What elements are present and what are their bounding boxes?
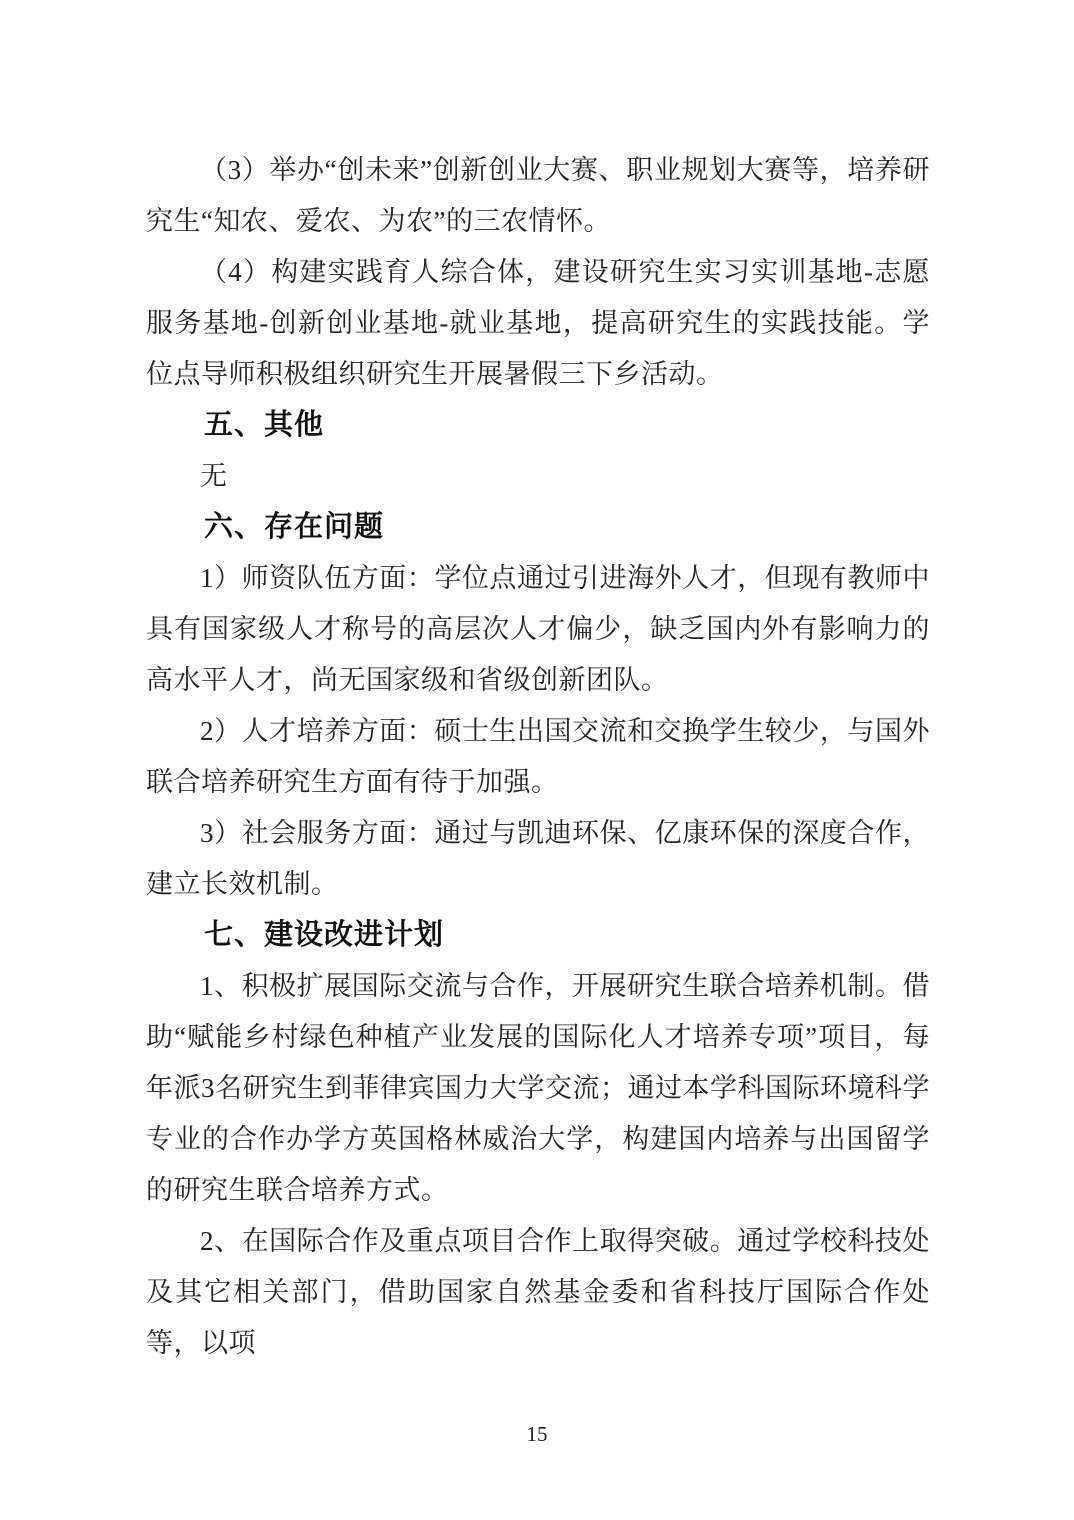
paragraph-none: 无 [146,451,930,502]
problem-item-3-service: 3）社会服务方面：通过与凯迪环保、亿康环保的深度合作，建立长效机制。 [146,808,930,910]
paragraph-item-4: （4）构建实践育人综合体，建设研究生实习实训基地-志愿服务基地-创新创业基地-就… [146,247,930,400]
heading-section-5-other: 五、其他 [146,400,930,451]
paragraph-item-3: （3）举办“创未来”创新创业大赛、职业规划大赛等，培养研究生“知农、爱农、为农”… [146,145,930,247]
plan-item-2-key-projects: 2、在国际合作及重点项目合作上取得突破。通过学校科技处及其它相关部门，借助国家自… [146,1216,930,1369]
problem-item-2-training: 2）人才培养方面：硕士生出国交流和交换学生较少，与国外联合培养研究生方面有待于加… [146,706,930,808]
document-page: （3）举办“创未来”创新创业大赛、职业规划大赛等，培养研究生“知农、爱农、为农”… [0,0,1074,1520]
plan-item-1-international-exchange: 1、积极扩展国际交流与合作，开展研究生联合培养机制。借助“赋能乡村绿色种植产业发… [146,961,930,1216]
page-number: 15 [0,1420,1074,1448]
problem-item-1-faculty: 1）师资队伍方面：学位点通过引进海外人才，但现有教师中具有国家级人才称号的高层次… [146,553,930,706]
heading-section-7-improvement-plan: 七、建设改进计划 [146,910,930,961]
heading-section-6-problems: 六、存在问题 [146,502,930,553]
